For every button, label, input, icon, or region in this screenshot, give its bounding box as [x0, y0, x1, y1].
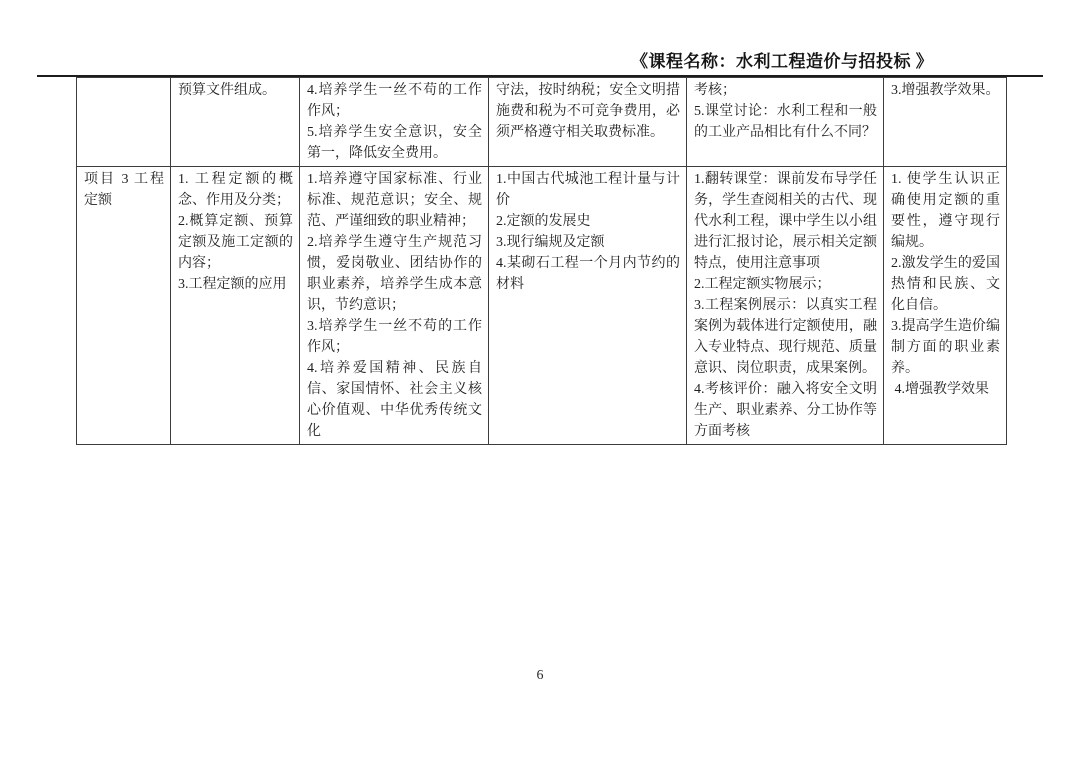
cell-teaching-methods: 1.翻转课堂：课前发布导学任务，学生查阅相关的古代、现代水利工程，课中学生以小组… [687, 167, 884, 445]
cell-project-name-empty [77, 78, 171, 167]
table-row-project-3: 项目 3 工程定额 1. 工程定额的概念、作用及分类； 2.概算定额、预算定额及… [77, 167, 1007, 445]
cell-project-name: 项目 3 工程定额 [77, 167, 171, 445]
cell-expected-effects: 1. 使学生认识正确使用定额的重要性，遵守现行编规。 2.激发学生的爱国热情和民… [884, 167, 1007, 445]
page-number: 6 [0, 668, 1080, 684]
cell-case-materials: 1.中国古代城池工程计量与计价 2.定额的发展史 3.现行编规及定额 4.某砌石… [489, 167, 687, 445]
cell-teaching-content: 1. 工程定额的概念、作用及分类； 2.概算定额、预算定额及施工定额的内容； 3… [171, 167, 300, 445]
cell-content-continuation: 预算文件组成。 [171, 78, 300, 167]
cell-methods-continuation: 考核； 5.课堂讨论：水利工程和一般的工业产品相比有什么不同？ [687, 78, 884, 167]
cell-effect-continuation: 3.增强教学效果。 [884, 78, 1007, 167]
table-row-continuation: 预算文件组成。 4.培养学生一丝不苟的工作作风； 5.培养学生安全意识，安全第一… [77, 78, 1007, 167]
document-page: 《课程名称：水利工程造价与招投标 》 预算文件组成。 4.培养学生一丝不苟的工作… [0, 0, 1080, 764]
syllabus-table: 预算文件组成。 4.培养学生一丝不苟的工作作风； 5.培养学生安全意识，安全第一… [76, 77, 1007, 445]
cell-ideology-continuation: 守法，按时纳税；安全文明措施费和税为不可竞争费用，必须严格遵守相关取费标准。 [489, 78, 687, 167]
course-title: 《课程名称：水利工程造价与招投标 》 [631, 47, 933, 72]
cell-ideology-objectives: 1.培养遵守国家标准、行业标准、规范意识；安全、规范、严谨细致的职业精神； 2.… [300, 167, 489, 445]
cell-objectives-continuation: 4.培养学生一丝不苟的工作作风； 5.培养学生安全意识，安全第一，降低安全费用。 [300, 78, 489, 167]
